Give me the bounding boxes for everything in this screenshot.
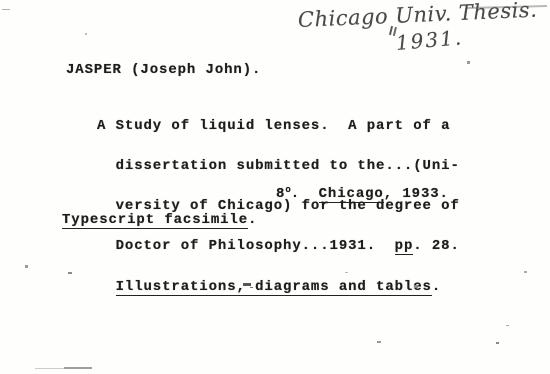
scan-edge-line: [35, 368, 65, 369]
scan-speck: [68, 272, 72, 274]
description-line-4: Doctor of Philosophy...1931. pp. 28.: [116, 240, 460, 253]
scan-speck: [496, 342, 499, 344]
publication-place: Chicago: [319, 186, 384, 203]
illustrations-note-period: .: [432, 279, 441, 295]
scan-speck: [25, 265, 28, 268]
scan-edge-line: [64, 367, 92, 369]
publication-year: , 1933.: [384, 186, 449, 202]
facsimile-note-text: Typescript facsimile: [62, 212, 248, 229]
pages-abbreviation: pp: [395, 238, 414, 255]
page-count: . 28.: [413, 238, 460, 254]
scan-speck: [250, 287, 253, 288]
imprint-line: 8o. Chicago, 1933.: [276, 184, 449, 201]
scan-speck: [414, 285, 418, 288]
scan-speck: [377, 341, 381, 343]
description-line-1: A Study of liquid lenses. A part of a: [97, 120, 460, 133]
facsimile-note: Typescript facsimile.: [62, 214, 257, 227]
scan-speck: [85, 33, 87, 35]
pen-flourish-mark: [389, 26, 393, 35]
scan-speck: [524, 271, 527, 273]
scan-smudge: [243, 283, 251, 286]
description-line-4-text: Doctor of Philosophy...1931.: [116, 238, 395, 254]
scan-speck: [2, 9, 10, 10]
facsimile-note-period: .: [248, 212, 257, 228]
author-heading: JASPER (Joseph John).: [66, 64, 261, 77]
scan-speck: [467, 61, 470, 64]
description-paragraph: A Study of liquid lenses. A part of a di…: [97, 93, 460, 321]
imprint-separator: .: [291, 186, 319, 202]
description-line-5: Illustrations, diagrams and tables.: [116, 281, 460, 294]
scan-speck: [345, 272, 348, 273]
scan-speck: [506, 325, 509, 326]
format-octavo-number: 8: [276, 186, 285, 202]
catalog-card: Chicago Univ. Thesis. 1931. JASPER (Jose…: [0, 0, 550, 374]
handwritten-annotation-line1: Chicago Univ. Thesis.: [297, 0, 537, 32]
illustrations-note: Illustrations, diagrams and tables: [116, 279, 432, 296]
handwritten-annotation-year: 1931.: [395, 25, 464, 55]
description-line-2: dissertation submitted to the...(Uni-: [116, 160, 460, 173]
